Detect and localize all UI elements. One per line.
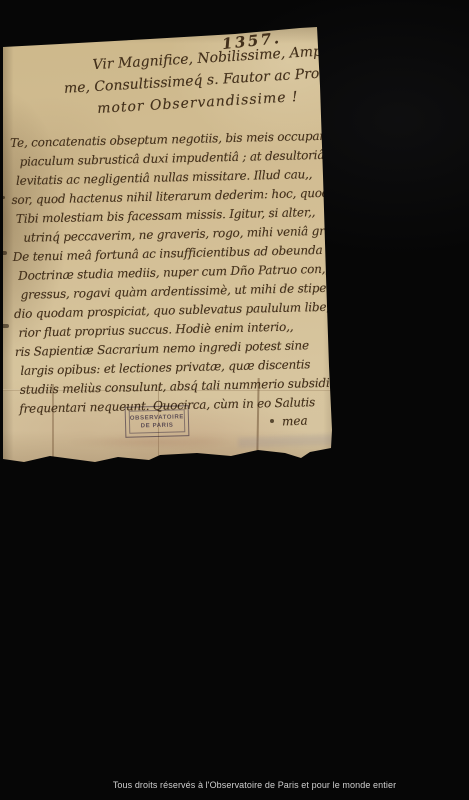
ink-dot — [270, 419, 274, 423]
copyright-caption: Tous droits réservés à l'Observatoire de… — [0, 780, 469, 790]
paper-tear — [0, 251, 7, 255]
manuscript-photo: 1357. Vir Magnifice, Nobilissime, Amplis… — [0, 0, 469, 800]
manuscript-page: 1357. Vir Magnifice, Nobilissime, Amplis… — [0, 26, 340, 466]
salutation-block: Vir Magnifice, Nobilissime, Amplissi,, m… — [62, 38, 362, 121]
faint-pencil-mark — [238, 434, 334, 447]
letter-body: Te, concatenatis obseptum negotiis, bis … — [10, 127, 340, 419]
paper-tear — [0, 324, 9, 328]
catchword: mea — [282, 414, 308, 429]
stamp-inner-frame: OBSERVATOIRE DE PARIS — [129, 409, 186, 433]
paper-tear — [0, 196, 5, 199]
stamp-line-2: DE PARIS — [141, 421, 174, 430]
observatoire-stamp: OBSERVATOIRE DE PARIS — [125, 405, 190, 438]
